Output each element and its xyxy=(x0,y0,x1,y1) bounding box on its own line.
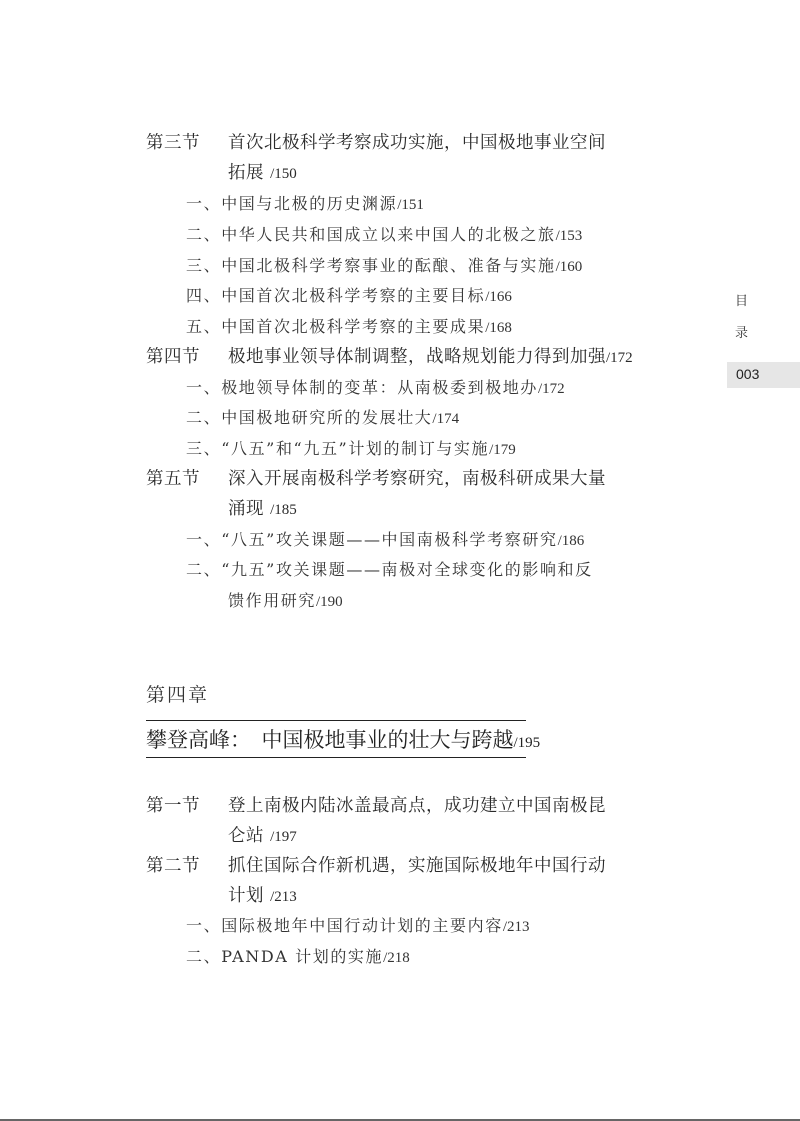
section-title: 极地事业领导体制调整，战略规划能力得到加强/172 xyxy=(228,342,633,373)
page-ref: /150 xyxy=(270,166,297,182)
page-ref: /172 xyxy=(606,350,633,366)
chapter-title-top-rule xyxy=(146,720,526,721)
toc-chapter4-section-2-cont[interactable]: 计划 /213 xyxy=(228,881,297,912)
page-ref: /153 xyxy=(556,228,583,244)
chapter-title-bottom-rule xyxy=(146,757,526,758)
page-ref: /174 xyxy=(432,411,459,427)
subsection-title: 二、中华人民共和国成立以来中国人的北极之旅 xyxy=(186,225,556,244)
toc-subsection[interactable]: 五、中国首次北极科学考察的主要成果/168 xyxy=(186,312,512,343)
page-ref: /213 xyxy=(270,889,297,905)
section-title: 首次北极科学考察成功实施，中国极地事业空间 xyxy=(228,128,606,158)
subsection-title: 二、“九五”攻关课题——南极对全球变化的影响和反 xyxy=(186,560,593,579)
chapter-title[interactable]: 攀登高峰： 中国极地事业的壮大与跨越/195 xyxy=(146,724,540,754)
page-ref: /172 xyxy=(538,381,565,397)
toc-subsection[interactable]: 一、极地领导体制的变革：从南极委到极地办/172 xyxy=(186,373,565,404)
page-ref: /186 xyxy=(558,533,585,549)
section-label: 第二节 xyxy=(146,851,200,881)
section-title-cont: 仑站 xyxy=(228,826,264,846)
page-number: 003 xyxy=(736,366,759,382)
subsection-title: 二、PANDA 计划的实施 xyxy=(186,947,383,966)
section-title-cont: 拓展 xyxy=(228,163,264,183)
section-title: 抓住国际合作新机遇，实施国际极地年中国行动 xyxy=(228,851,606,881)
subsection-title: 一、极地领导体制的变革：从南极委到极地办 xyxy=(186,378,538,397)
section-title-text: 极地事业领导体制调整，战略规划能力得到加强 xyxy=(228,347,606,367)
section-title-cont: 计划 xyxy=(228,886,264,906)
page-ref: /179 xyxy=(489,442,516,458)
subsection-title: 二、中国极地研究所的发展壮大 xyxy=(186,408,432,427)
toc-subsection[interactable]: 一、“八五”攻关课题——中国南极科学考察研究/186 xyxy=(186,525,584,556)
page-ref: /166 xyxy=(485,289,512,305)
toc-subsection[interactable]: 三、中国北极科学考察事业的酝酿、准备与实施/160 xyxy=(186,251,582,282)
toc-subsection[interactable]: 四、中国首次北极科学考察的主要目标/166 xyxy=(186,281,512,312)
page-ref: /213 xyxy=(503,919,530,935)
toc-subsection[interactable]: 一、中国与北极的历史渊源/151 xyxy=(186,189,424,220)
toc-subsection[interactable]: 二、中华人民共和国成立以来中国人的北极之旅/153 xyxy=(186,220,582,251)
toc-subsection[interactable]: 二、PANDA 计划的实施/218 xyxy=(186,942,410,973)
page-ref: /190 xyxy=(316,594,343,610)
page-number-tab: 003 xyxy=(727,362,800,388)
subsection-title-cont: 馈作用研究 xyxy=(228,591,316,610)
subsection-title: 三、“八五”和“九五”计划的制订与实施 xyxy=(186,439,489,458)
toc-subsection[interactable]: 三、“八五”和“九五”计划的制订与实施/179 xyxy=(186,434,516,465)
page-ref: /151 xyxy=(397,197,424,213)
toc-subsection[interactable]: 二、“九五”攻关课题——南极对全球变化的影响和反 xyxy=(186,555,593,585)
side-mark-mu: 目 xyxy=(735,290,748,309)
section-title: 深入开展南极科学考察研究，南极科研成果大量 xyxy=(228,464,606,494)
section-label: 第四节 xyxy=(146,342,200,372)
chapter-label: 第四章 xyxy=(146,680,209,707)
page-ref: /168 xyxy=(485,320,512,336)
subsection-title: 一、“八五”攻关课题——中国南极科学考察研究 xyxy=(186,530,558,549)
side-mark-lu: 录 xyxy=(735,322,748,341)
page-ref: /197 xyxy=(270,829,297,845)
subsection-title: 三、中国北极科学考察事业的酝酿、准备与实施 xyxy=(186,256,556,275)
subsection-title: 一、中国与北极的历史渊源 xyxy=(186,194,397,213)
section-label: 第一节 xyxy=(146,791,200,821)
page-ref: /160 xyxy=(556,259,583,275)
page-ref: /218 xyxy=(383,950,410,966)
toc-subsection-cont[interactable]: 馈作用研究/190 xyxy=(228,586,343,617)
chapter-title-text: 攀登高峰： 中国极地事业的壮大与跨越 xyxy=(146,728,514,752)
toc-section-5-cont[interactable]: 涌现 /185 xyxy=(228,494,297,525)
toc-section-3-cont[interactable]: 拓展 /150 xyxy=(228,158,297,189)
section-title: 登上南极内陆冰盖最高点，成功建立中国南极昆 xyxy=(228,791,606,821)
section-label: 第三节 xyxy=(146,128,200,158)
section-label: 第五节 xyxy=(146,464,200,494)
section-title-cont: 涌现 xyxy=(228,499,264,519)
book-page: 第三节 首次北极科学考察成功实施，中国极地事业空间 拓展 /150 一、中国与北… xyxy=(0,0,800,1121)
page-ref: /195 xyxy=(514,735,541,751)
page-ref: /185 xyxy=(270,502,297,518)
toc-chapter4-section-1-cont[interactable]: 仑站 /197 xyxy=(228,821,297,852)
subsection-title: 一、国际极地年中国行动计划的主要内容 xyxy=(186,916,503,935)
subsection-title: 五、中国首次北极科学考察的主要成果 xyxy=(186,317,485,336)
toc-subsection[interactable]: 二、中国极地研究所的发展壮大/174 xyxy=(186,403,459,434)
toc-subsection[interactable]: 一、国际极地年中国行动计划的主要内容/213 xyxy=(186,911,529,942)
subsection-title: 四、中国首次北极科学考察的主要目标 xyxy=(186,286,485,305)
